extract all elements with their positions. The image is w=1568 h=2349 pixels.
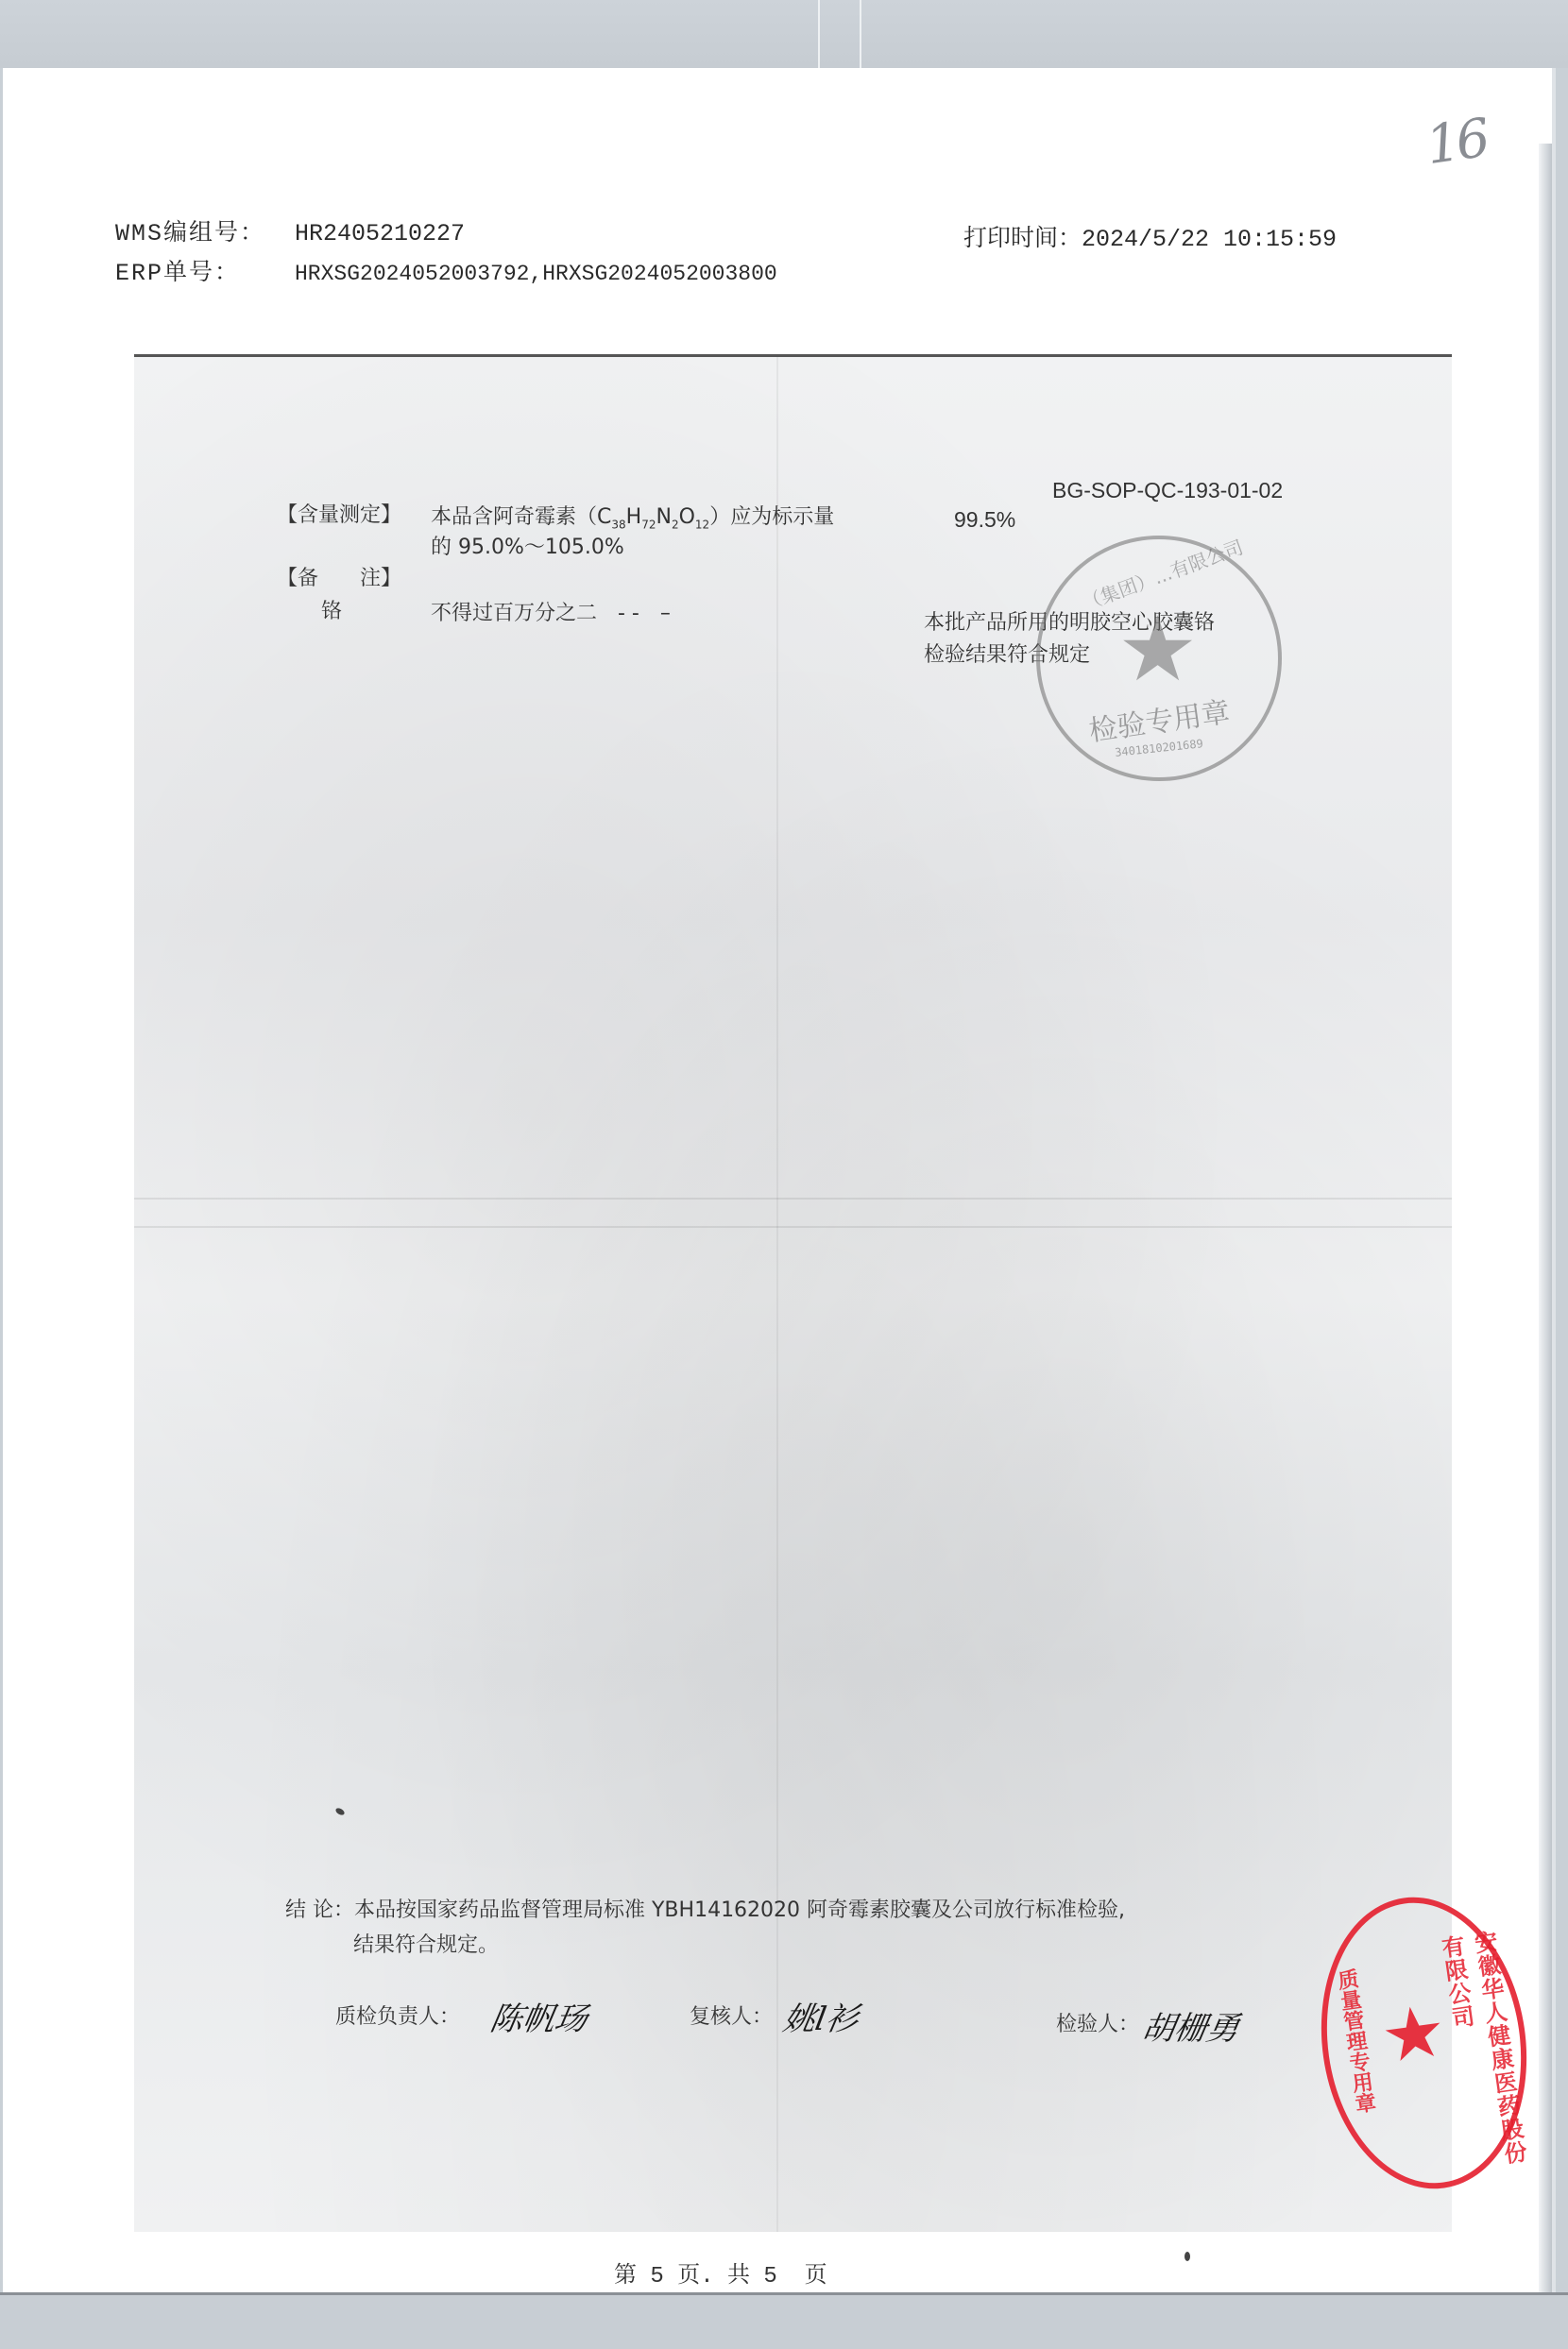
- erp-order-row: ERP单号：HRXSG2024052003792,HRXSG2024052003…: [115, 253, 777, 287]
- print-time-value: 2024/5/22 10:15:59: [1082, 226, 1337, 253]
- conclusion-line1: 结 论：本品按国家药品监督管理局标准 YBH14162020 阿奇霉素胶囊及公司…: [285, 1894, 1125, 1923]
- erp-label: ERP单号：: [115, 253, 295, 287]
- star-icon: ★: [1377, 1994, 1451, 2074]
- fold-crease: [776, 357, 778, 2232]
- formula-h-count: 72: [641, 518, 656, 531]
- formula-n-count: 2: [672, 518, 679, 531]
- conclusion-label: 结 论：: [285, 1898, 354, 1922]
- print-time-label: 打印时间：: [963, 226, 1082, 253]
- assay-text-start: 本品含阿奇霉素（C: [431, 505, 611, 529]
- scanner-seam: [860, 0, 861, 68]
- assay-result: 99.5%: [954, 507, 1015, 533]
- scanner-background-bottom: [0, 2292, 1568, 2349]
- reviewer-signature: 姚l衫: [780, 1993, 863, 2039]
- formula-c-count: 38: [611, 518, 625, 531]
- wms-value: HR2405210227: [295, 220, 465, 247]
- star-icon: ★: [1117, 605, 1198, 695]
- red-stamp-purpose: 质量管理专用章: [1330, 1967, 1379, 2116]
- qc-head-signature: 陈帆玚: [487, 1993, 592, 2039]
- scan-speck: [1185, 2252, 1190, 2261]
- formula-n: N: [656, 505, 671, 529]
- reviewer-label: 复核人：: [690, 2000, 773, 2030]
- document-code: BG-SOP-QC-193-01-02: [1052, 478, 1283, 503]
- formula-o: O: [679, 505, 695, 529]
- formula-h: H: [626, 505, 642, 529]
- qc-head-label: 质检负责人：: [335, 2000, 460, 2030]
- assay-requirement: 本品含阿奇霉素（C38H72N2O12）应为标示量: [431, 501, 834, 531]
- erp-value: HRXSG2024052003792,HRXSG2024052003800: [295, 262, 777, 286]
- paper-edge-shadow: [1539, 144, 1552, 2349]
- fold-crease: [134, 1226, 1452, 1228]
- inspector-signature: 胡栅勇: [1139, 2002, 1244, 2049]
- inspection-seal-stamp: （集团）...有限公司 ★ 检验专用章 3401810201689: [1036, 536, 1282, 781]
- wms-group-row: WMS编组号：HR2405210227: [115, 213, 465, 247]
- conclusion-text: 本品按国家药品监督管理局标准 YBH14162020 阿奇霉素胶囊及公司放行标准…: [354, 1898, 1125, 1922]
- page-indicator: 第 5 页. 共 5 页: [614, 2255, 827, 2289]
- print-time-row: 打印时间：2024/5/22 10:15:59: [963, 219, 1337, 253]
- remark-item-chromium: 铬: [321, 595, 342, 624]
- scanner-seam: [818, 0, 820, 68]
- inspector-label: 检验人：: [1056, 2008, 1139, 2037]
- assay-range: 的 95.0%～105.0%: [431, 531, 624, 560]
- remarks-label: 【备 注】: [277, 562, 401, 591]
- scanner-background-top: [0, 0, 1568, 68]
- assay-text-end: ）应为标示量: [709, 505, 834, 529]
- formula-o-count: 12: [695, 518, 709, 531]
- assay-label: 【含量测定】: [277, 499, 401, 528]
- conclusion-line2: 结果符合规定。: [353, 1929, 499, 1958]
- handwritten-page-number: 16: [1423, 108, 1491, 177]
- remark-standard: 不得过百万分之二 - - –: [431, 597, 671, 626]
- fold-crease: [134, 1198, 1452, 1200]
- wms-label: WMS编组号：: [115, 213, 295, 247]
